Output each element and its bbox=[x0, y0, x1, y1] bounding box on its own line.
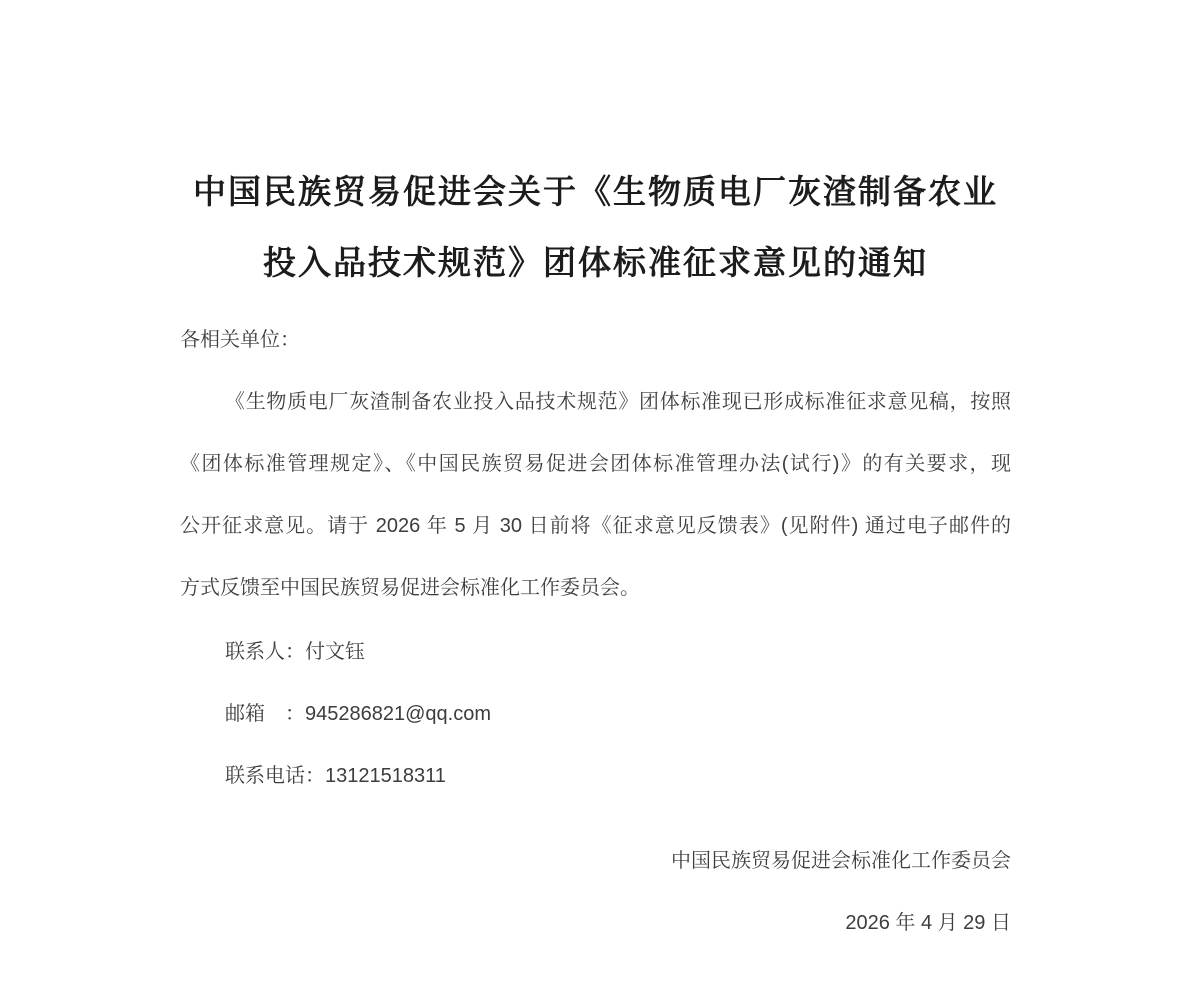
title-line-2: 投入品技术规范》团体标准征求意见的通知 bbox=[180, 227, 1011, 298]
body-paragraph: 《生物质电厂灰渣制备农业投入品技术规范》团体标准现已形成标准征求意见稿，按照 《… bbox=[180, 371, 1011, 619]
contact-block: 联系人：付文钰 邮箱 ：945286821@qq.com 联系电话：131215… bbox=[180, 621, 1011, 807]
signature-date: 2026 年 4 月 29 日 bbox=[180, 892, 1011, 954]
paragraph-line-1: 《生物质电厂灰渣制备农业投入品技术规范》团体标准现已形成标准征求意见稿，按照 bbox=[180, 371, 1011, 433]
paragraph-line-4: 方式反馈至中国民族贸易促进会标准化工作委员会。 bbox=[180, 557, 1011, 619]
contact-phone: 联系电话：13121518311 bbox=[180, 745, 1011, 807]
paragraph-line-2: 《团体标准管理规定》、《中国民族贸易促进会团体标准管理办法(试行)》的有关要求，… bbox=[180, 433, 1011, 495]
contact-email: 邮箱 ：945286821@qq.com bbox=[180, 683, 1011, 745]
paragraph-line-3: 公开征求意见。请于 2026 年 5 月 30 日前将《征求意见反馈表》(见附件… bbox=[180, 495, 1011, 557]
document-page: 中国民族贸易促进会关于《生物质电厂灰渣制备农业 投入品技术规范》团体标准征求意见… bbox=[0, 0, 1189, 1004]
document-title: 中国民族贸易促进会关于《生物质电厂灰渣制备农业 投入品技术规范》团体标准征求意见… bbox=[180, 156, 1011, 298]
contact-person: 联系人：付文钰 bbox=[180, 621, 1011, 683]
document-content: 中国民族贸易促进会关于《生物质电厂灰渣制备农业 投入品技术规范》团体标准征求意见… bbox=[180, 156, 1011, 954]
signature-organization: 中国民族贸易促进会标准化工作委员会 bbox=[180, 830, 1011, 892]
salutation: 各相关单位： bbox=[180, 309, 1011, 371]
title-line-1: 中国民族贸易促进会关于《生物质电厂灰渣制备农业 bbox=[180, 156, 1011, 227]
